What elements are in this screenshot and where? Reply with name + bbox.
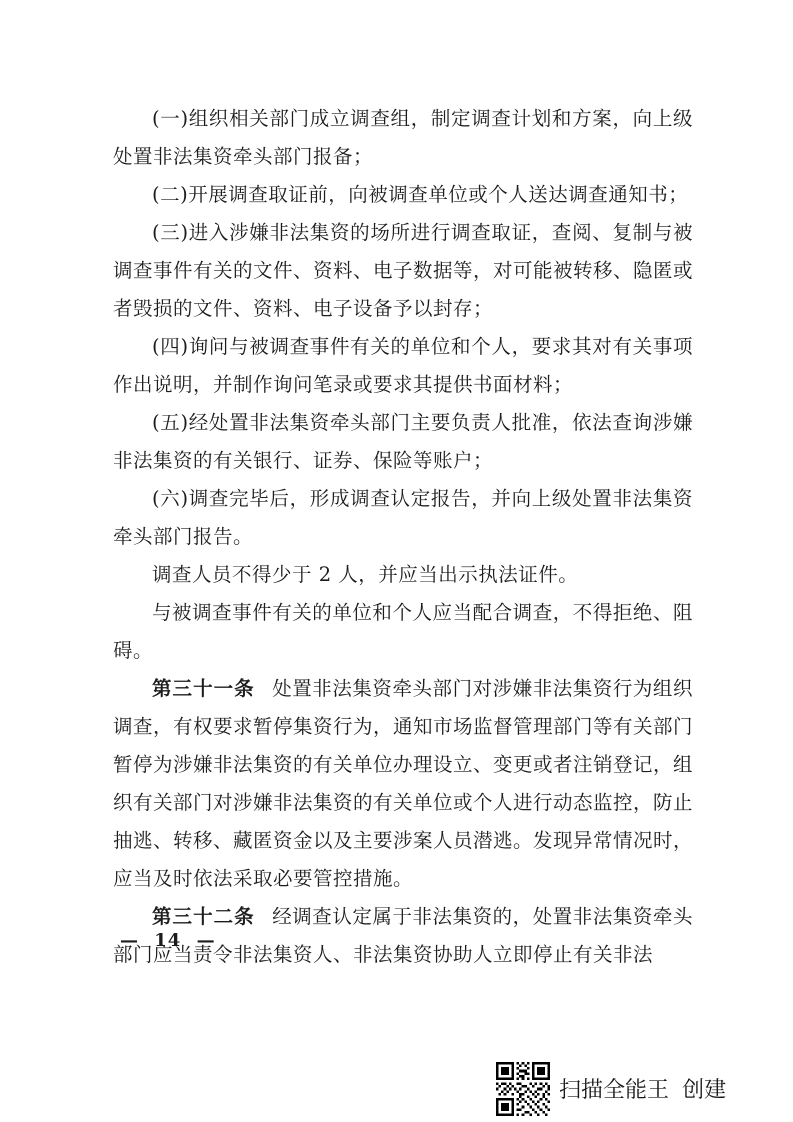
qr-code-icon xyxy=(496,1062,550,1116)
paragraph-clause-3: (三)进入涉嫌非法集资的场所进行调查取证，查阅、复制与被调查事件有关的文件、资料… xyxy=(113,214,693,328)
paragraph-clause-2: (二)开展调查取证前，向被调查单位或个人送达调查通知书； xyxy=(113,176,693,214)
paragraph-investigators: 调查人员不得少于 2 人，并应当出示执法证件。 xyxy=(113,556,693,594)
paragraph-cooperation: 与被调查事件有关的单位和个人应当配合调查，不得拒绝、阻碍。 xyxy=(113,594,693,670)
scan-watermark: 扫描全能王 创建 xyxy=(496,1061,726,1116)
article-31-number: 第三十一条 xyxy=(152,677,255,700)
document-page: (一)组织相关部门成立调查组，制定调查计划和方案，向上级处置非法集资牵头部门报备… xyxy=(0,0,793,1122)
article-32-number: 第三十二条 xyxy=(152,905,255,928)
document-body: (一)组织相关部门成立调查组，制定调查计划和方案，向上级处置非法集资牵头部门报备… xyxy=(113,100,693,974)
paragraph-clause-5: (五)经处置非法集资牵头部门主要负责人批准，依法查询涉嫌非法集资的有关银行、证券… xyxy=(113,404,693,480)
scan-watermark-label: 扫描全能王 创建 xyxy=(559,1073,726,1104)
paragraph-article-31: 第三十一条处置非法集资牵头部门对涉嫌非法集资行为组织调查，有权要求暂停集资行为，… xyxy=(113,670,693,898)
paragraph-clause-6: (六)调查完毕后，形成调查认定报告，并向上级处置非法集资牵头部门报告。 xyxy=(113,480,693,556)
page-number: — 14 — xyxy=(120,930,216,951)
paragraph-clause-4: (四)询问与被调查事件有关的单位和个人，要求其对有关事项作出说明，并制作询问笔录… xyxy=(113,328,693,404)
article-31-text: 处置非法集资牵头部门对涉嫌非法集资行为组织调查，有权要求暂停集资行为，通知市场监… xyxy=(113,677,693,890)
paragraph-clause-1: (一)组织相关部门成立调查组，制定调查计划和方案，向上级处置非法集资牵头部门报备… xyxy=(113,100,693,176)
